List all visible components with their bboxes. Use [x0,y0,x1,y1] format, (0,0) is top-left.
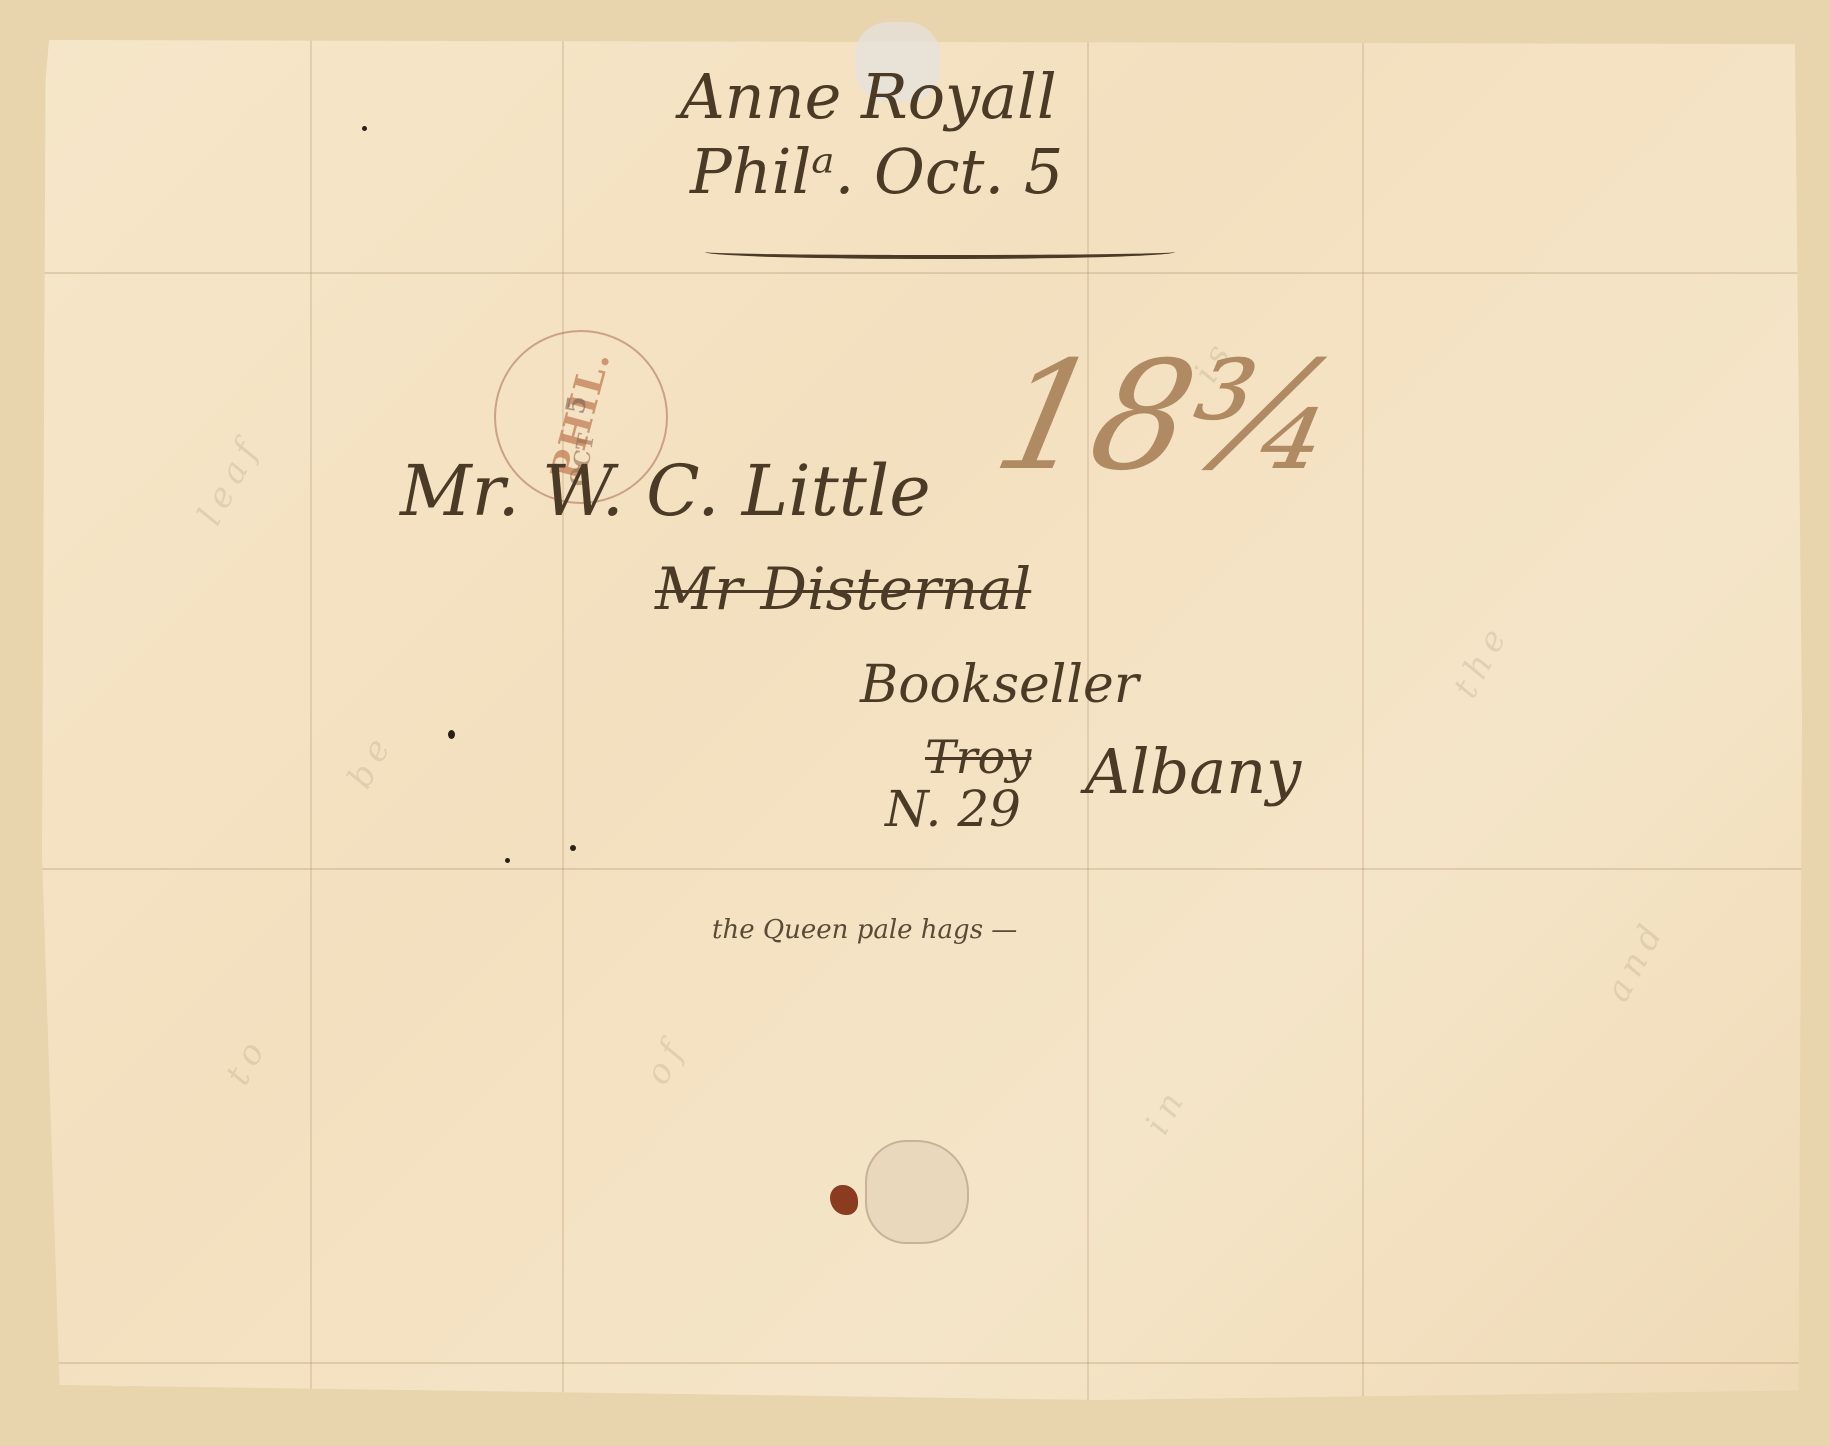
postage-rate: 18¾ [982,330,1355,504]
bleed-through-text: of [637,1029,695,1091]
address-line-occupation: Bookseller [860,655,1139,715]
bleed-through-text: the [1445,615,1518,704]
ink-spot [570,845,576,851]
bleed-through-text: leaf [190,428,270,531]
fold-line-vertical [1087,40,1089,1400]
bleed-through-text: in [1137,1079,1195,1141]
fold-line-vertical [1362,40,1364,1400]
ink-spot [505,858,510,863]
address-line-city: Albany [1085,735,1301,808]
ink-spot [448,730,455,739]
flourish-underline [705,245,1175,259]
fold-line-horizontal [42,1362,1802,1364]
address-line-struck-name: Mr Disternal [655,555,1031,623]
bleed-through-text: and [1598,912,1675,1008]
seal-tear-hole [865,1140,969,1244]
docket-note: the Queen pale hags — [712,915,1017,945]
fold-line-vertical [562,40,564,1400]
address-line-struck-city: Troy [925,730,1031,784]
sender-name: Anne Royall [680,60,1057,133]
bleed-through-text: to [218,1028,277,1091]
ink-spot [362,126,367,131]
fold-line-horizontal [42,272,1802,274]
address-line-recipient: Mr. W. C. Little [400,450,931,532]
fold-line-horizontal [42,868,1802,870]
sender-place-date: Philᵃ. Oct. 5 [690,135,1063,208]
bleed-through-text: be [340,725,402,795]
fold-line-vertical [310,40,312,1400]
address-line-number: N. 29 [885,780,1021,838]
